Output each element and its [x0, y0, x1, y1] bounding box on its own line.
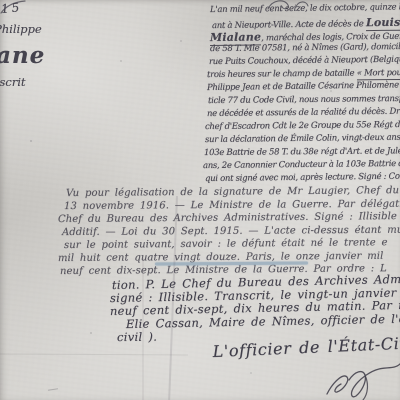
- ink-dash-mark: [48, 388, 58, 390]
- deceased-name-underlined: Louis Charles: [366, 15, 400, 31]
- signature-flourish-icon: [313, 352, 400, 400]
- margin-paraphe-stroke-icon: [0, 0, 26, 14]
- document-scan: 15 Philippe ane nscrit L'an mil neuf cen…: [0, 0, 400, 400]
- line-text: ant à Nieuport-Ville. Acte de décès de: [212, 19, 366, 31]
- line-text: civil ).: [117, 330, 157, 344]
- line-text: L'an mil neuf cent seize, le dix octobre…: [210, 2, 400, 15]
- handwritten-line: trois heures sur le champ de bataille « …: [207, 68, 400, 79]
- line-text: rue Puits Couchoux, décédé à Nieuport (B…: [209, 54, 400, 67]
- margin-name-fragment: Philippe: [0, 24, 42, 36]
- handwritten-line: qui ont signé avec moi, après lecture. S…: [205, 172, 400, 183]
- line-text: 103e Battrie de 58 T. du 38e régt d'Art.…: [204, 146, 400, 158]
- handwritten-line: 13 novembre 1916. — Le Ministre de la Gu…: [64, 200, 400, 212]
- margin-note-fragment: nscrit: [0, 77, 26, 89]
- handwritten-line: de 58 T. Mle 07581, né à Nîmes (Gard), d…: [210, 42, 400, 53]
- fold-crease-horizontal: [0, 354, 188, 356]
- handwritten-line: Philippe Jean et de Bataille Césarine Ph…: [207, 81, 400, 93]
- handwritten-line: ne décédée et assurés de la réalité du d…: [207, 107, 400, 119]
- line-text: 13 novembre 1916. — Le Ministre de la Gu…: [64, 199, 400, 212]
- handwritten-line: sur la déclaration de Émile Colin, vingt…: [205, 133, 400, 145]
- handwritten-line: chef d'Escadron Cdt le 2e Groupe du 55e …: [205, 120, 400, 131]
- line-text: trois heures sur le champ de bataille: [207, 68, 357, 80]
- margin-surname-fragment: ane: [0, 44, 45, 67]
- handwritten-line: ticle 77 du Code Civil, nous nous sommes…: [208, 94, 400, 105]
- handwritten-line: Chef du Bureau des Archives Administrati…: [58, 212, 397, 225]
- handwritten-line: sur le point suivant, savoir : le défunt…: [64, 238, 388, 251]
- line-text: ans, 2e Canonnier Conducteur à la 103e B…: [203, 158, 400, 171]
- line-text: Philippe Jean et de Bataille Césarine Ph…: [207, 80, 400, 93]
- line-text: qui ont signé avec moi, après lecture. S…: [205, 171, 400, 184]
- fold-crease-vertical-faint: [142, 258, 144, 400]
- line-text: Additif. — Loi du 30 Sept. 1915. — L'act…: [62, 225, 400, 238]
- line-text: sur le point suivant, savoir : le défunt…: [64, 237, 388, 251]
- line-text: ticle 77 du Code Civil, nous nous sommes…: [208, 93, 400, 106]
- handwritten-line: Mialane, maréchal des logis, Croix de Gu…: [210, 29, 400, 44]
- handwritten-line: ant à Nieuport-Ville. Acte de décès de L…: [212, 16, 400, 30]
- handwritten-line: rue Puits Couchoux, décédé à Nieuport (B…: [209, 55, 400, 67]
- paper-specks: [30, 140, 32, 142]
- handwritten-line: 103e Battrie de 58 T. du 38e régt d'Art.…: [204, 147, 400, 158]
- handwritten-line: Elie Cassan, Maire de Nîmes, officier de…: [126, 313, 400, 330]
- handwritten-line: civil ).: [117, 332, 157, 344]
- handwritten-line: L'an mil neuf cent seize, le dix octobre…: [210, 3, 400, 15]
- line-text: Vu pour légalisation de la signature de …: [66, 185, 400, 199]
- line-text: de 58 T. Mle 07581, né à Nîmes (Gard), d…: [210, 41, 400, 54]
- line-text: chef d'Escadron Cdt le 2e Groupe du 55e …: [205, 119, 400, 132]
- line-text: ne décédée et assurés de la réalité du d…: [207, 106, 400, 119]
- line-text: sur la déclaration de Émile Colin, vingt…: [205, 132, 400, 145]
- handwritten-line: ans, 2e Canonnier Conducteur à la 103e B…: [203, 159, 400, 170]
- handwritten-line: Vu pour légalisation de la signature de …: [66, 186, 400, 199]
- handwritten-line: Additif. — Loi du 30 Sept. 1915. — L'act…: [62, 226, 400, 238]
- mort-pour-la-france-underlined: « Mort pour la France »: [357, 67, 400, 80]
- line-text: Chef du Bureau des Archives Administrati…: [58, 211, 397, 225]
